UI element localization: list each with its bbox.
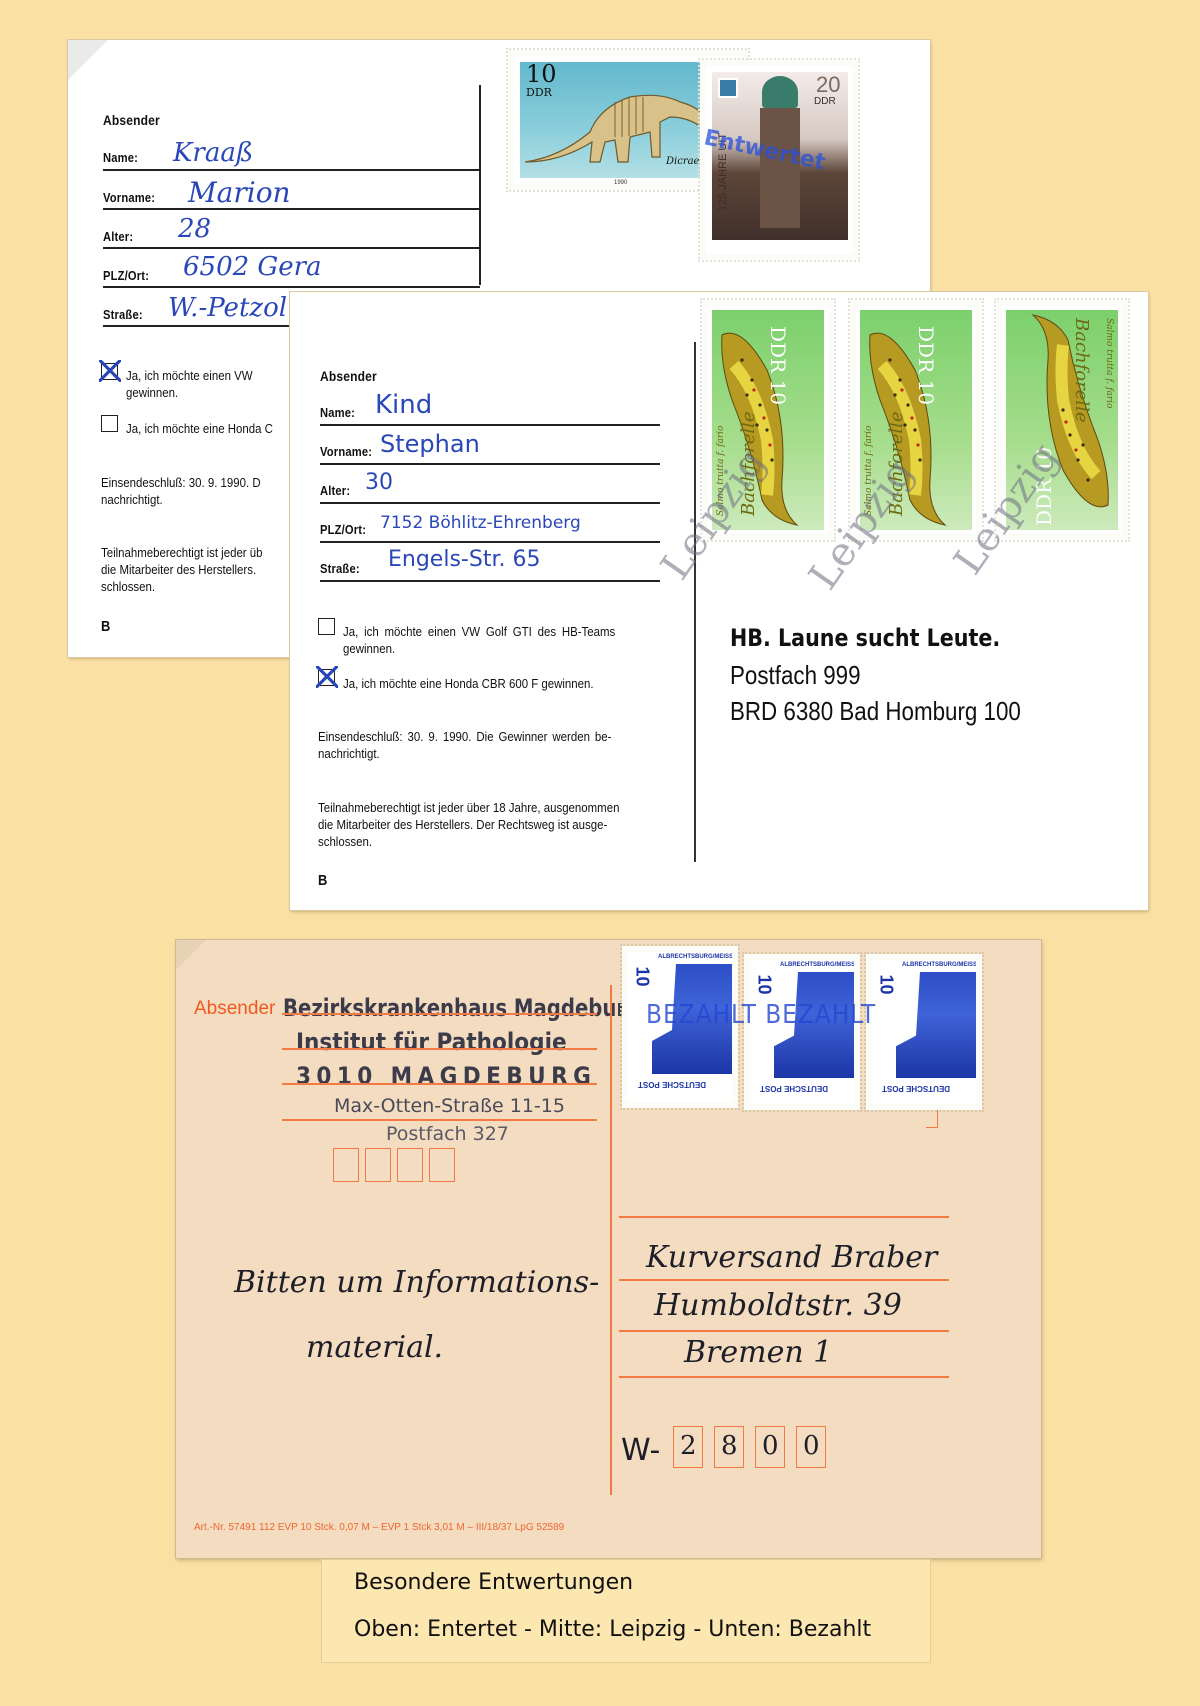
option-honda-text: Ja, ich möchte eine Honda CBR 600 F gewi… (343, 676, 594, 691)
checkbox-honda[interactable] (101, 415, 118, 432)
field-line (320, 580, 660, 582)
photo-corner (68, 40, 108, 80)
cancellation-bezahlt: BEZAHLT BEZAHLT (646, 1000, 876, 1030)
recipient-line-3: Bremen 1 (684, 1335, 832, 1370)
stamp-name: Bachforelle (1071, 318, 1092, 423)
terms-text-3: schlossen. (101, 579, 155, 594)
stamp-country: DEUTSCHE POST (882, 1084, 950, 1093)
option-vw-text: Ja, ich möchte einen VW Golf GTI des HB-… (343, 624, 615, 639)
postcode-box: 0 (796, 1426, 826, 1468)
postcode-digit: 8 (721, 1431, 738, 1461)
sender-postcode-box (429, 1148, 455, 1182)
sender-heading: Absender (103, 112, 160, 128)
divider-line (694, 342, 696, 862)
field-label-name: Name: (320, 405, 355, 420)
field-value-name: Kind (375, 390, 432, 420)
deadline-text: Einsendeschluß: 30. 9. 1990. Die Gewinne… (318, 729, 611, 744)
field-line (103, 247, 480, 249)
stamp-caption: ALBRECHTSBURG/MEISSEN (658, 954, 738, 960)
sender-postcode-box (365, 1148, 391, 1182)
field-line (320, 502, 660, 504)
field-label-alter: Alter: (103, 229, 133, 244)
field-value-strasse: W.-Petzol (168, 293, 287, 323)
stamp-country-value: DDR 10 (914, 326, 938, 405)
field-value-name: Kraaß (173, 138, 253, 168)
address-line (282, 1048, 597, 1050)
stamp-value: 10 (914, 380, 938, 405)
stamp-country-value: DDR 10 (766, 326, 790, 405)
form-code-letter: B (318, 872, 328, 889)
deadline-text-2: nachrichtigt. (101, 492, 163, 507)
sender-stamp-line-5: Postfach 327 (386, 1123, 509, 1145)
field-line (320, 463, 660, 465)
option-vw-text-2: gewinnen. (343, 641, 395, 656)
stamp-value: 10 (632, 966, 653, 986)
stamp-value: 10 (754, 974, 775, 994)
postcode-box: 8 (714, 1426, 744, 1468)
divider-line (479, 85, 481, 285)
deadline-text: Einsendeschluß: 30. 9. 1990. D (101, 475, 261, 490)
sender-stamp-line-1: Bezirkskrankenhaus Magdeburg (283, 994, 640, 1022)
caption-title: Besondere Entwertungen (354, 1570, 633, 1595)
postcode-digit: 2 (680, 1431, 697, 1461)
recipient-line-1: Kurversand Braber (646, 1240, 937, 1275)
stamp-country: DEUTSCHE POST (638, 1080, 706, 1089)
caption-description: Oben: Entertet - Mitte: Leipzig - Unten:… (354, 1617, 871, 1642)
print-note: Art.-Nr. 57491 112 EVP 10 Stck. 0,07 M –… (194, 1522, 564, 1533)
option-vw-text: Ja, ich möchte einen VW (126, 368, 253, 383)
stamp-albrechtsburg-3: ALBRECHTSBURG/MEISSEN 10 DEUTSCHE POST (866, 954, 982, 1110)
field-line (320, 541, 660, 543)
recipient-line-2: Humboldtstr. 39 (654, 1288, 902, 1323)
sender-heading: Absender (320, 368, 377, 384)
field-label-plz-ort: PLZ/Ort: (320, 522, 366, 537)
field-line (320, 424, 660, 426)
caption-label: Besondere Entwertungen Oben: Entertet - … (322, 1560, 930, 1662)
field-label-vorname: Vorname: (103, 190, 155, 205)
postcode-box: 0 (755, 1426, 785, 1468)
stamp-country: DDR (814, 96, 836, 107)
recipient-line-3: BRD 6380 Bad Homburg 100 (730, 696, 1021, 727)
postcode-prefix: W- (621, 1433, 660, 1468)
address-line (282, 1119, 597, 1121)
address-line (282, 1083, 597, 1085)
checkbox-vw-golf[interactable] (101, 363, 118, 380)
sender-postcode-box (333, 1148, 359, 1182)
stamp-country: DEUTSCHE POST (760, 1084, 828, 1093)
recipient-line-2: Postfach 999 (730, 660, 861, 691)
stamp-albrechtsburg-2: ALBRECHTSBURG/MEISSEN 10 DEUTSCHE POST (744, 954, 860, 1110)
field-line (103, 286, 480, 288)
sender-stamp-line-2: Institut für Pathologie (296, 1028, 567, 1056)
terms-text-3: schlossen. (318, 834, 372, 849)
stamp-caption: ALBRECHTSBURG/MEISSEN (780, 962, 860, 968)
postcode-box: 2 (673, 1426, 703, 1468)
address-line (282, 1013, 597, 1015)
field-line (103, 208, 480, 210)
deadline-text-2: nachrichtigt. (318, 746, 380, 761)
checkbox-honda[interactable] (318, 669, 335, 686)
option-honda-text: Ja, ich möchte eine Honda C (126, 421, 273, 436)
terms-text: Teilnahmeberechtigt ist jeder über 18 Ja… (318, 800, 619, 815)
field-value-vorname: Stephan (380, 430, 480, 458)
address-line (619, 1279, 949, 1281)
field-value-alter: 28 (178, 214, 211, 244)
stamp-country: DDR (914, 326, 938, 373)
option-vw-text-2: gewinnen. (126, 385, 178, 400)
address-line (619, 1330, 949, 1332)
field-label-vorname: Vorname: (320, 444, 372, 459)
postcode-digit: 0 (803, 1431, 820, 1461)
stamp-latin: Salmo trutta f. fario (1104, 318, 1114, 408)
message-line-2: material. (306, 1330, 443, 1365)
sender-postcode-box (397, 1148, 423, 1182)
field-value-vorname: Marion (188, 176, 291, 209)
message-line-1: Bitten um Informations- (234, 1265, 599, 1300)
terms-text-2: die Mitarbeiter des Herstellers. Der Rec… (318, 817, 607, 832)
postcode-digit: 0 (762, 1431, 779, 1461)
address-line (619, 1216, 949, 1218)
postcard-bottom: Absender Bezirkskrankenhaus Magdeburg In… (176, 940, 1041, 1558)
field-label-strasse: Straße: (320, 561, 360, 576)
postcard-middle: Absender Name: Kind Vorname: Stephan Alt… (290, 292, 1148, 910)
recipient-line-1: HB. Laune sucht Leute. (730, 624, 1000, 652)
castle-icon (896, 972, 976, 1078)
sender-stamp-line-3: 3010 MAGDEBURG (296, 1062, 596, 1090)
stamp-caption: ALBRECHTSBURG/MEISSEN (902, 962, 982, 968)
field-label-alter: Alter: (320, 483, 350, 498)
terms-text-2: die Mitarbeiter des Herstellers. (101, 562, 256, 577)
terms-text: Teilnahmeberechtigt ist jeder üb (101, 545, 263, 560)
divider-line (610, 985, 612, 1495)
photo-corner (176, 940, 206, 970)
field-value-strasse: Engels-Str. 65 (388, 547, 540, 572)
address-line (619, 1376, 949, 1378)
form-code-letter: B (101, 618, 111, 635)
checkbox-vw-golf[interactable] (318, 618, 335, 635)
stamp-value: 20 (816, 72, 840, 98)
field-value-plz-ort: 7152 Böhlitz-Ehrenberg (380, 513, 581, 533)
field-value-alter: 30 (365, 470, 393, 495)
field-line (103, 169, 480, 171)
stamp-year: 1990 (614, 180, 627, 186)
field-value-plz-ort: 6502 Gera (183, 252, 322, 282)
field-label-plz-ort: PLZ/Ort: (103, 268, 149, 283)
sender-stamp-line-4: Max-Otten-Straße 11-15 (334, 1095, 565, 1117)
stamp-country: DDR (766, 326, 790, 373)
stamp-value: 10 (526, 60, 557, 88)
stamp-value: 10 (876, 974, 897, 994)
field-label-strasse: Straße: (103, 307, 143, 322)
stamp-value: 10 (766, 380, 790, 405)
sender-label: Absender (194, 998, 275, 1020)
stamp-country: DDR (526, 86, 552, 99)
field-line (103, 325, 303, 327)
field-label-name: Name: (103, 150, 138, 165)
